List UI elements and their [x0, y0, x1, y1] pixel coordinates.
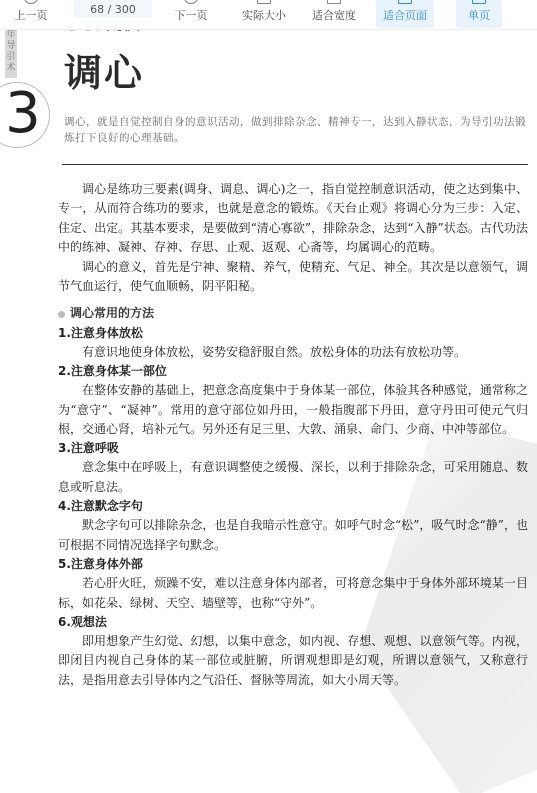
side-chapter-tab: 年 导 引 术	[5, 28, 17, 78]
section-heading-text: 调心常用的方法	[70, 304, 154, 323]
reader-toolbar: 上一页 68 / 300 下一页 实际大小 适合宽度 适合页面 单页	[0, 0, 537, 30]
chapter-number: 3	[0, 84, 46, 144]
method-heading: 1.注意身体放松	[58, 324, 528, 343]
section-heading: 调心常用的方法	[58, 304, 528, 323]
actual-size-label: 实际大小	[242, 10, 286, 28]
next-page-button[interactable]: 下一页	[168, 0, 214, 28]
method-text: 默念字句可以排除杂念，也是自我暗示性意守。如呼气时念“松”，吸气时念“静”，也可…	[58, 516, 528, 555]
method-heading: 5.注意身体外部	[58, 555, 528, 574]
side-tab-char: 引	[6, 52, 15, 63]
prev-page-label: 上一页	[15, 10, 48, 28]
method-heading: 4.注意默念字句	[58, 497, 528, 516]
side-tab-char: 术	[6, 63, 15, 74]
page-number-input[interactable]: 68 / 300	[74, 0, 152, 18]
body-text: 调心是练功三要素(调身、调息、调心)之一，指自觉控制意识活动，使之达到集中、专一…	[58, 180, 528, 690]
page-indicator: 68 / 300	[90, 3, 136, 16]
fit-width-button[interactable]: 适合宽度	[306, 0, 362, 28]
page-title: 调心	[64, 42, 144, 97]
fit-page-button[interactable]: 适合页面	[376, 0, 434, 28]
actual-size-button[interactable]: 实际大小	[236, 0, 292, 28]
paragraph: 调心的意义，首先是宁神、聚精、养气，使精充、气足、神全。其次是以意领气，调节气血…	[58, 258, 528, 297]
fit-width-label: 适合宽度	[312, 10, 356, 28]
arrow-up-circle-icon	[24, 0, 38, 4]
method-text: 若心肝火旺，烦躁不安，难以注意身体内部者，可将意念集中于身体外部环境某一目标，如…	[58, 574, 528, 613]
method-text: 在整体安静的基础上，把意念高度集中于身体某一部位，体验其各种感觉，通常称之为“意…	[58, 381, 528, 439]
fit-page-label: 适合页面	[383, 10, 427, 28]
method-text: 即用想象产生幻觉、幻想，以集中意念，如内视、存想、观想、以意领气等。内视，即闭目…	[58, 632, 528, 690]
single-page-label: 单页	[468, 10, 490, 28]
bullet-dot-icon	[58, 311, 65, 318]
fit-page-icon	[398, 0, 412, 4]
method-text: 有意识地使身体放松，姿势安稳舒服自然。放松身体的功法有放松功等。	[58, 343, 528, 362]
actual-size-icon	[257, 0, 271, 4]
method-heading: 3.注意呼吸	[58, 439, 528, 458]
single-page-icon	[472, 0, 486, 4]
prev-page-button[interactable]: 上一页	[8, 0, 54, 28]
fit-width-icon	[327, 0, 341, 4]
method-heading: 2.注意身体某一部位	[58, 362, 528, 381]
method-heading: 6.观想法	[58, 613, 528, 632]
method-text: 意念集中在呼吸上，有意识调整使之缓慢、深长，以利于排除杂念，可采用随息、数息或听…	[58, 458, 528, 497]
paragraph: 调心是练功三要素(调身、调息、调心)之一，指自觉控制意识活动，使之达到集中、专一…	[58, 180, 528, 258]
intro-text: 调心，就是自觉控制自身的意识活动，做到排除杂念、精神专一，达到入静状态，为导引功…	[64, 114, 526, 146]
side-tab-char: 导	[6, 41, 15, 52]
side-tab-char: 年	[6, 30, 15, 41]
arrow-down-circle-icon	[184, 0, 198, 4]
divider	[62, 164, 528, 165]
next-page-label: 下一页	[175, 10, 208, 28]
single-page-button[interactable]: 单页	[456, 0, 502, 28]
